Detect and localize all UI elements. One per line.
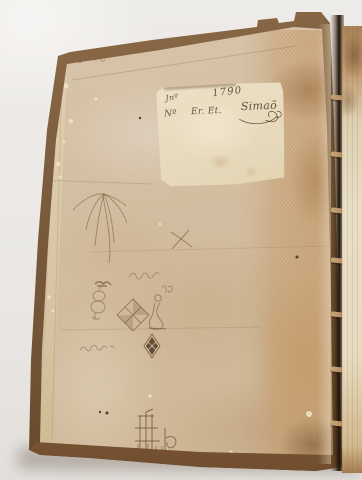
jug-figure-sketch bbox=[91, 286, 105, 319]
faint-inscription bbox=[74, 58, 105, 62]
handwriting-line2-left: Nº bbox=[164, 109, 177, 120]
vase-sketch bbox=[149, 295, 166, 330]
pastedown-parchment: Jnº 1790 Nº Er. Et. Simaõ bbox=[0, 0, 362, 480]
dark-diamond-ornament bbox=[144, 334, 160, 358]
book-cover-leather: Jnº 1790 Nº Er. Et. Simaõ bbox=[0, 0, 362, 480]
quartered-lozenge bbox=[117, 299, 149, 331]
paper-label: Jnº 1790 Nº Er. Et. Simaõ bbox=[156, 81, 287, 187]
handwriting-year: 1790 bbox=[212, 85, 243, 99]
palm-sketch bbox=[73, 194, 127, 263]
handwriting-owner-abbrev: Jnº bbox=[165, 92, 179, 103]
flourish-swirl bbox=[237, 107, 286, 129]
photo-stage: Jnº 1790 Nº Er. Et. Simaõ bbox=[0, 0, 362, 480]
handwriting-line2-mid: Er. Et. bbox=[191, 106, 222, 117]
ink-marks-svg bbox=[0, 0, 362, 480]
x-mark bbox=[171, 230, 192, 249]
page-edges bbox=[342, 26, 362, 473]
